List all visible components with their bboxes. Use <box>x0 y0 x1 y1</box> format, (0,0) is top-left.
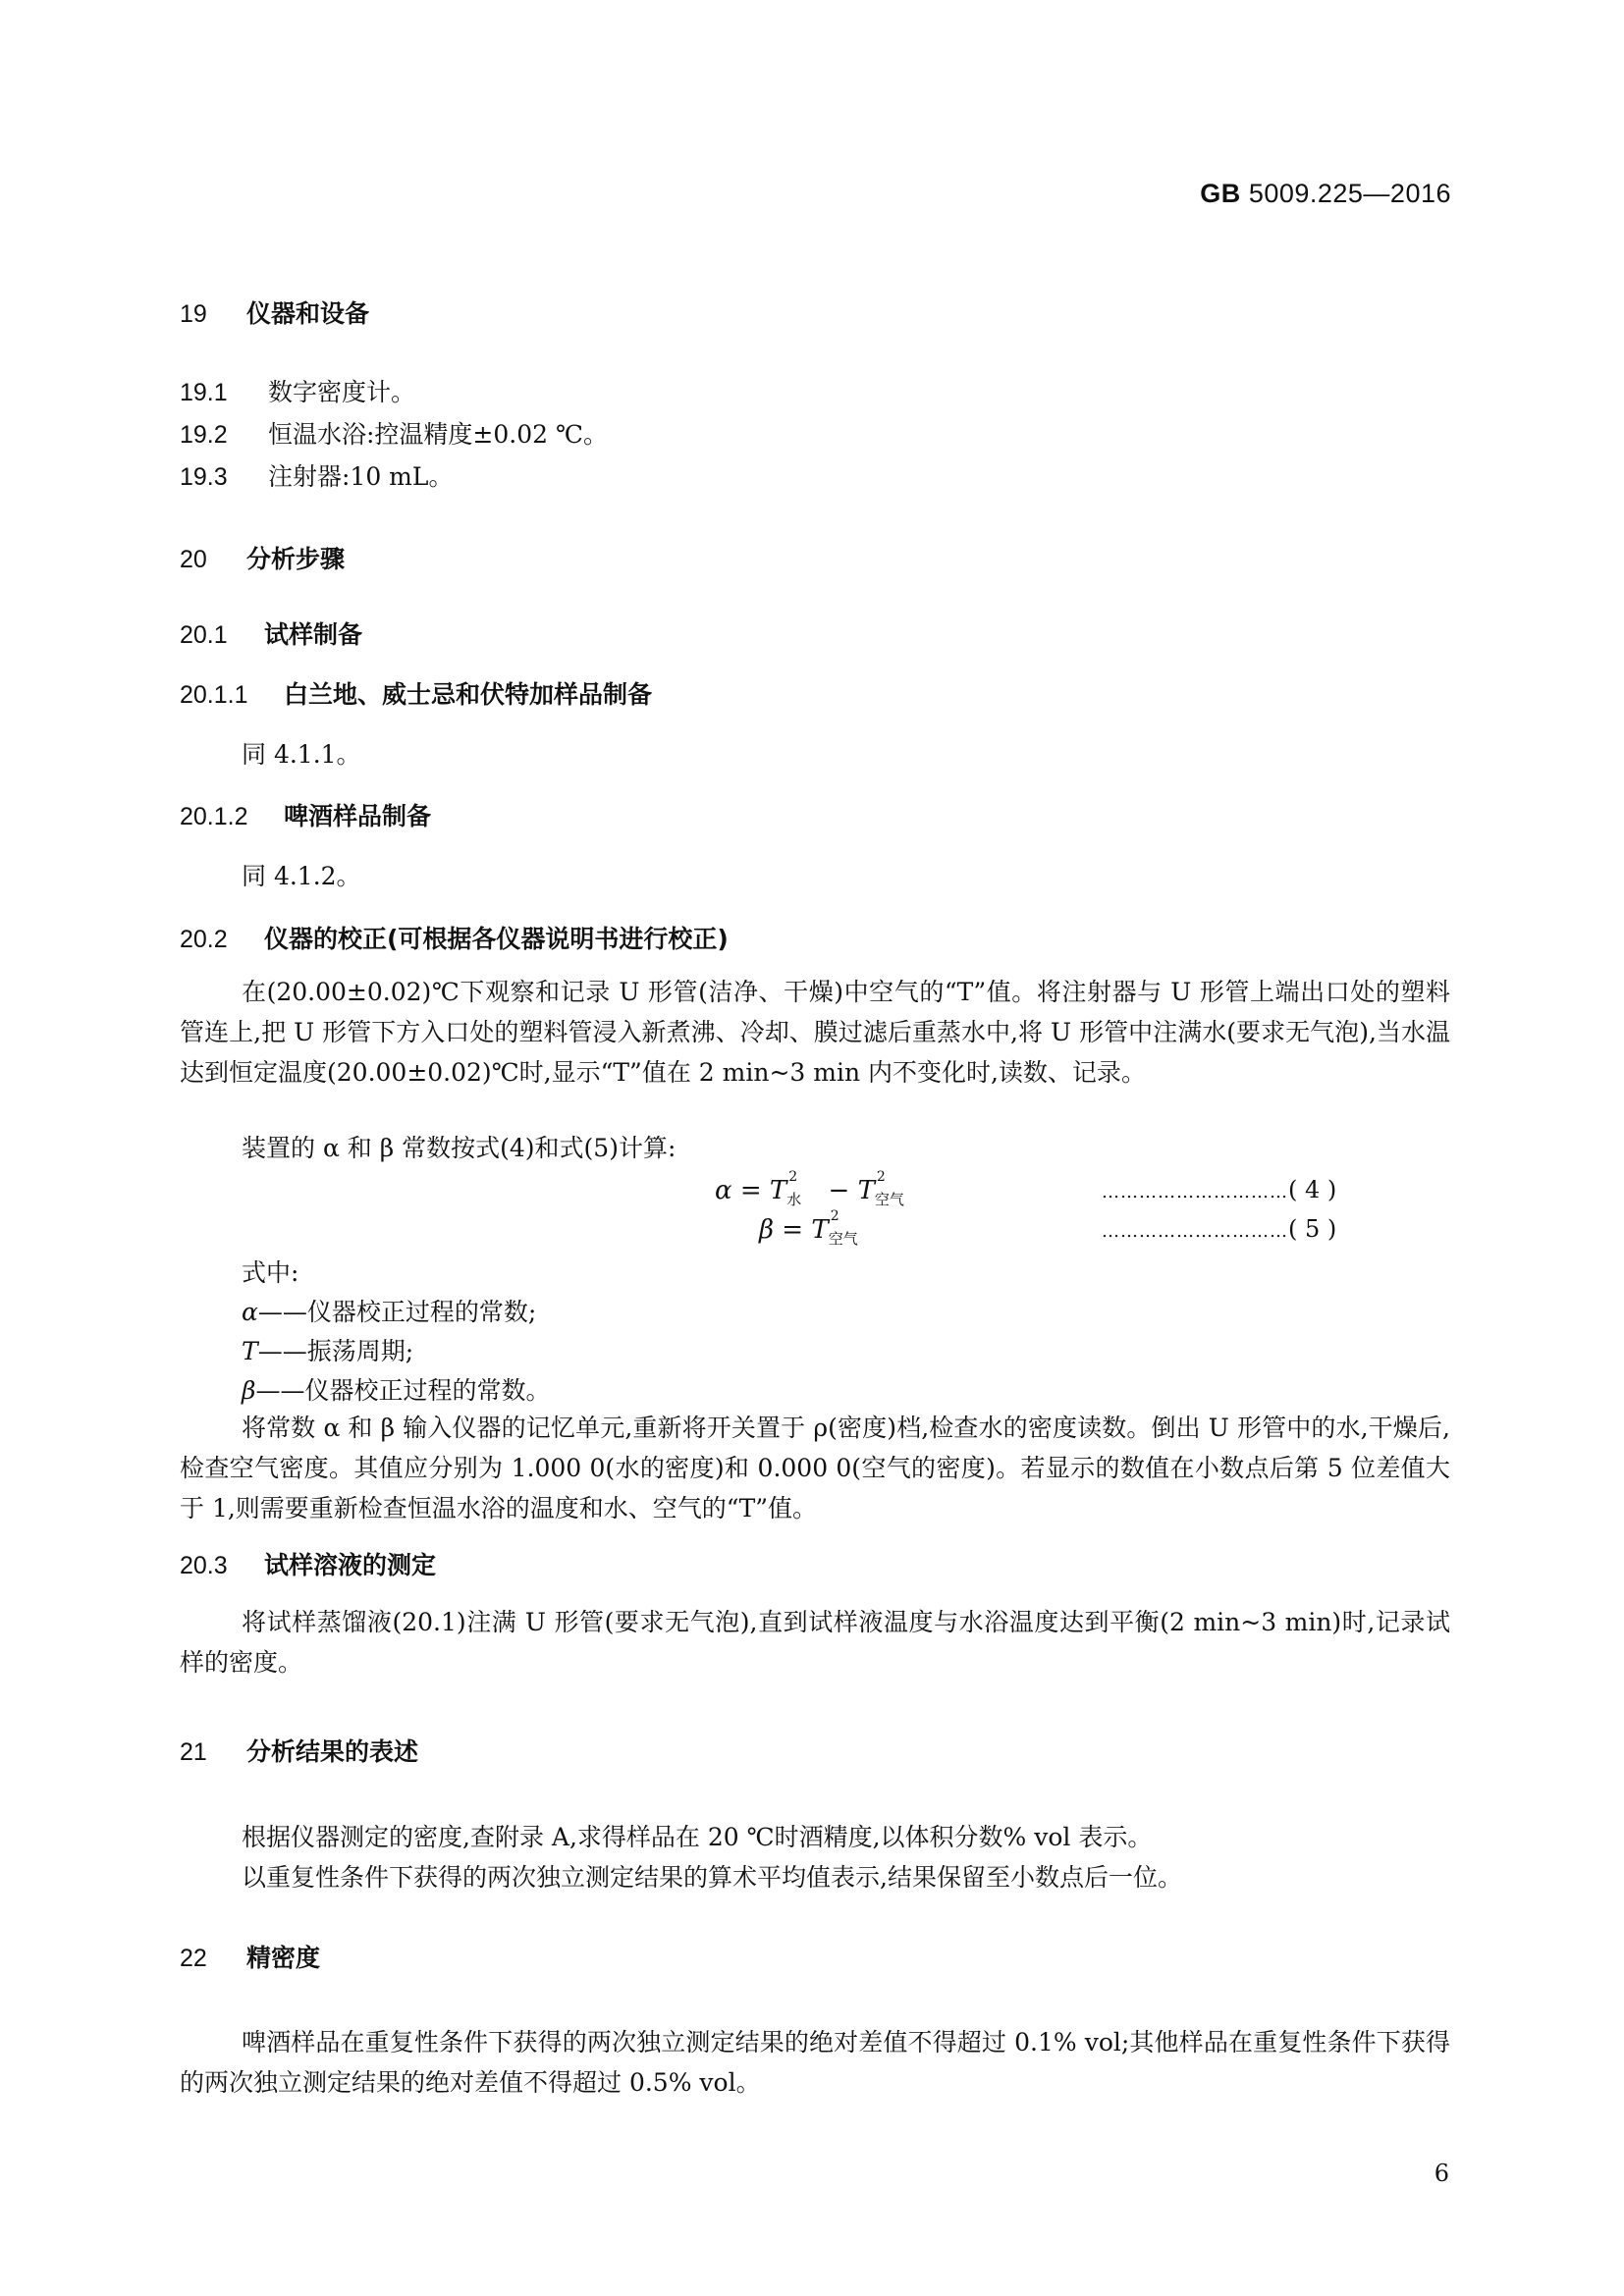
section-19-heading: 19仪器和设备 <box>180 294 369 330</box>
where-label: 式中: <box>242 1254 298 1289</box>
item-number: 19.1 <box>180 379 268 407</box>
equals-sign: = <box>782 1215 803 1245</box>
standard-prefix: GB <box>1200 179 1241 208</box>
section-number: 20.2 <box>180 926 264 954</box>
section-title: 仪器和设备 <box>246 299 369 328</box>
definition-t: T——振荡周期; <box>242 1332 413 1367</box>
section-number: 19 <box>180 300 246 329</box>
results-paragraph-2: 以重复性条件下获得的两次独立测定结果的算术平均值表示,结果保留至小数点后一位。 <box>242 1858 1182 1894</box>
section-title: 试样溶液的测定 <box>264 1551 436 1579</box>
section-20-1-heading: 20.1试样制备 <box>180 615 362 651</box>
equals-sign: = <box>740 1176 762 1205</box>
subscript: 空气 <box>829 1228 858 1249</box>
item-text: 注射器:10 mL。 <box>268 462 454 491</box>
sup-sub: 2水 <box>786 1179 820 1204</box>
section-title: 试样制备 <box>264 620 362 649</box>
exponent: 2 <box>788 1169 797 1185</box>
section-20-2-heading: 20.2仪器的校正(可根据各仪器说明书进行校正) <box>180 920 729 955</box>
section-20-1-1-heading: 20.1.1白兰地、威士忌和伏特加样品制备 <box>180 675 652 711</box>
section-title: 白兰地、威士忌和伏特加样品制备 <box>284 680 652 709</box>
item-number: 19.3 <box>180 463 268 492</box>
section-number: 20.1.1 <box>180 681 284 710</box>
exponent: 2 <box>831 1208 839 1224</box>
item-number: 19.2 <box>180 421 268 450</box>
section-20-heading: 20分析步骤 <box>180 540 345 575</box>
section-22-heading: 22精密度 <box>180 1939 320 1974</box>
definition-beta: β——仪器校正过程的常数。 <box>242 1371 550 1407</box>
definition: ——振荡周期; <box>258 1337 413 1365</box>
section-20-1-2-text: 同 4.1.2。 <box>242 857 361 892</box>
results-paragraph-1: 根据仪器测定的密度,查附录 A,求得样品在 20 ℃时酒精度,以体积分数% vo… <box>242 1818 1152 1853</box>
period-symbol: T <box>858 1176 875 1205</box>
symbol: α <box>242 1298 258 1326</box>
symbol: β <box>242 1376 255 1405</box>
formula-lhs: α <box>715 1176 732 1205</box>
section-number: 21 <box>180 1738 246 1767</box>
standard-number-header: GB 5009.225—2016 <box>1200 179 1451 209</box>
constants-paragraph: 将常数 α 和 β 输入仪器的记忆单元,重新将开关置于 ρ(密度)档,检查水的密… <box>180 1408 1450 1528</box>
item-19-3: 19.3注射器:10 mL。 <box>180 457 454 493</box>
section-number: 22 <box>180 1945 246 1973</box>
exponent: 2 <box>877 1169 886 1185</box>
formula-lhs: β <box>759 1215 774 1245</box>
item-19-1: 19.1数字密度计。 <box>180 373 415 408</box>
formula-intro: 装置的 α 和 β 常数按式(4)和式(5)计算: <box>242 1129 676 1164</box>
subscript: 水 <box>786 1189 801 1209</box>
precision-paragraph: 啤酒样品在重复性条件下获得的两次独立测定结果的绝对差值不得超过 0.1% vol… <box>180 2022 1450 2103</box>
subscript: 空气 <box>875 1189 904 1209</box>
item-text: 恒温水浴:控温精度±0.02 ℃。 <box>268 420 608 449</box>
section-number: 20.3 <box>180 1552 264 1580</box>
period-symbol: T <box>770 1176 786 1205</box>
section-20-1-1-text: 同 4.1.1。 <box>242 735 361 771</box>
minus-sign: − <box>829 1176 850 1205</box>
leader-dots: ………………………… <box>1102 1182 1288 1202</box>
equation-number: ( 5 ) <box>1288 1215 1336 1243</box>
definition: ——仪器校正过程的常数; <box>258 1298 536 1326</box>
section-number: 20.1 <box>180 621 264 650</box>
formula-4: α = T2水 − T2空气 <box>715 1176 908 1205</box>
leader-dots: ………………………… <box>1102 1221 1288 1242</box>
symbol: T <box>242 1337 258 1365</box>
equation-number-5: …………………………( 5 ) <box>1102 1215 1336 1243</box>
page-number: 6 <box>1435 2160 1449 2187</box>
definition: ——仪器校正过程的常数。 <box>255 1376 550 1405</box>
section-20-3-heading: 20.3试样溶液的测定 <box>180 1546 436 1581</box>
section-title: 分析结果的表述 <box>246 1737 418 1766</box>
item-text: 数字密度计。 <box>268 378 415 406</box>
equation-number-4: …………………………( 4 ) <box>1102 1176 1336 1203</box>
item-19-2: 19.2恒温水浴:控温精度±0.02 ℃。 <box>180 415 608 451</box>
section-number: 20 <box>180 546 246 574</box>
section-title: 仪器的校正(可根据各仪器说明书进行校正) <box>264 925 729 953</box>
sup-sub: 2空气 <box>875 1179 908 1204</box>
period-symbol: T <box>811 1215 828 1245</box>
section-title: 分析步骤 <box>246 545 345 573</box>
section-title: 精密度 <box>246 1944 320 1972</box>
section-title: 啤酒样品制备 <box>284 802 431 830</box>
calibration-paragraph: 在(20.00±0.02)℃下观察和记录 U 形管(洁净、干燥)中空气的“T”值… <box>180 972 1450 1093</box>
section-20-1-2-heading: 20.1.2啤酒样品制备 <box>180 797 431 832</box>
section-21-heading: 21分析结果的表述 <box>180 1733 418 1768</box>
formula-5: β = T2空气 <box>759 1215 862 1245</box>
section-number: 20.1.2 <box>180 803 284 831</box>
equation-number: ( 4 ) <box>1288 1176 1336 1203</box>
standard-number: 5009.225—2016 <box>1249 179 1451 208</box>
definition-alpha: α——仪器校正过程的常数; <box>242 1293 536 1328</box>
measurement-paragraph: 将试样蒸馏液(20.1)注满 U 形管(要求无气泡),直到试样液温度与水浴温度达… <box>180 1602 1450 1682</box>
sup-sub: 2空气 <box>829 1218 862 1244</box>
